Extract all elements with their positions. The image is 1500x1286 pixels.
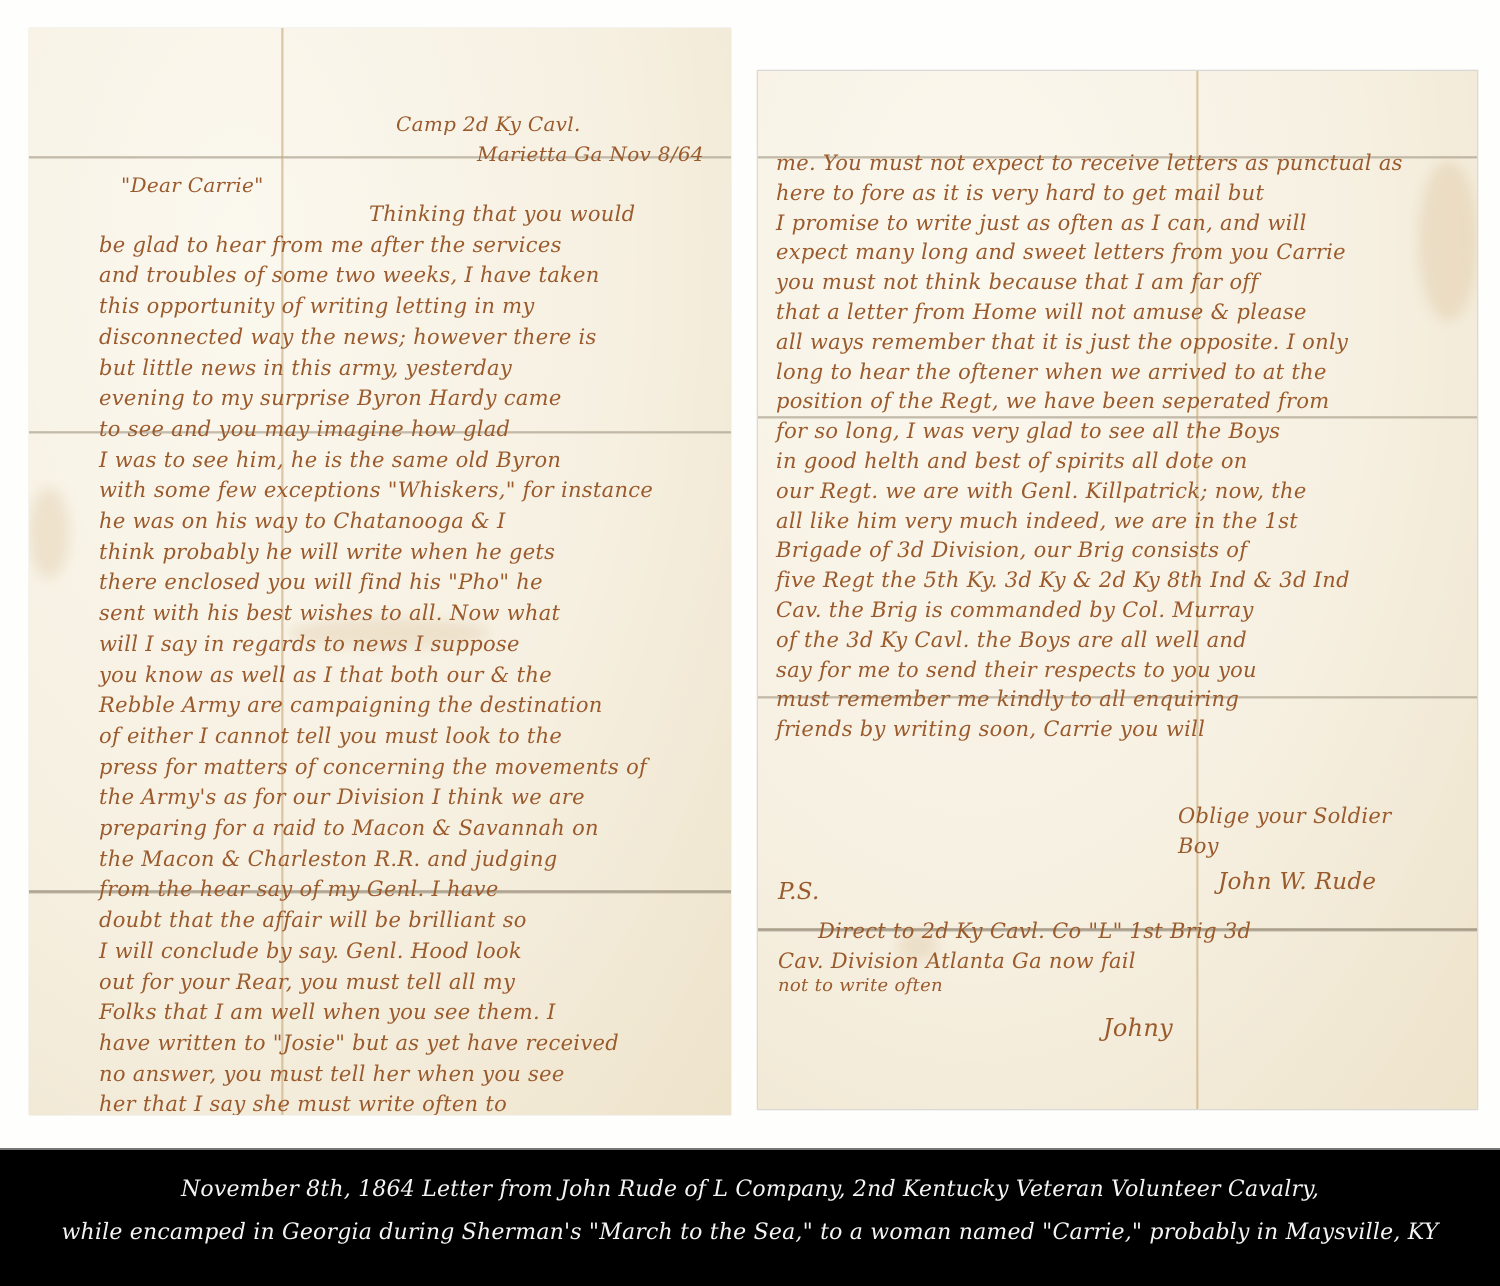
letter-line: but little news in this army, yesterday	[99, 358, 512, 379]
letter-line: the Army's as for our Division I think w…	[99, 787, 585, 808]
letter-line: I will conclude by say. Genl. Hood look	[99, 941, 522, 962]
signature: John W. Rude	[1218, 871, 1376, 894]
letter-line: I promise to write just as often as I ca…	[776, 213, 1307, 234]
postscript-label: P.S.	[778, 881, 820, 904]
letter-line: five Regt the 5th Ky. 3d Ky & 2d Ky 8th …	[776, 570, 1350, 591]
letter-line: sent with his best wishes to all. Now wh…	[99, 603, 560, 624]
letter-line: preparing for a raid to Macon & Savannah…	[99, 818, 599, 839]
letter-line: press for matters of concerning the move…	[99, 757, 647, 778]
closing-line: Oblige your Soldier	[1178, 806, 1391, 827]
postscript-line: Cav. Division Atlanta Ga now fail	[778, 951, 1136, 972]
letter-line: from the hear say of my Genl. I have	[99, 879, 499, 900]
letter-line: all like him very much indeed, we are in…	[776, 511, 1298, 532]
letter-line: in good helth and best of spirits all do…	[776, 451, 1248, 472]
caption-line-2: while encamped in Georgia during Sherman…	[0, 1220, 1500, 1245]
letter-line: that a letter from Home will not amuse &…	[776, 302, 1307, 323]
letter-line: be glad to hear from me after the servic…	[99, 235, 562, 256]
letter-page-1: Camp 2d Ky Cavl. Marietta Ga Nov 8/64 "D…	[29, 28, 731, 1115]
letter-line: and troubles of some two weeks, I have t…	[99, 265, 600, 286]
letter-line: the Macon & Charleston R.R. and judging	[99, 849, 558, 870]
letter-line: Thinking that you would	[369, 204, 635, 225]
letter-line: evening to my surprise Byron Hardy came	[99, 388, 562, 409]
letter-line: with some few exceptions "Whiskers," for…	[99, 480, 653, 501]
letter-line: Folks that I am well when you see them. …	[99, 1002, 556, 1023]
letter-line: to see and you may imagine how glad	[99, 419, 510, 440]
letter-line: no answer, you must tell her when you se…	[99, 1064, 565, 1085]
letter-line: he was on his way to Chatanooga & I	[99, 511, 506, 532]
letter-line: of either I cannot tell you must look to…	[99, 726, 562, 747]
letter-line: Brigade of 3d Division, our Brig consist…	[776, 540, 1247, 561]
letter-line: doubt that the affair will be brilliant …	[99, 910, 527, 931]
letter-line: friends by writing soon, Carrie you will	[776, 719, 1205, 740]
letter-heading-camp: Camp 2d Ky Cavl.	[396, 112, 581, 136]
closing-boy: Boy	[1178, 836, 1219, 857]
letter-line: here to fore as it is very hard to get m…	[776, 183, 1264, 204]
letter-line: our Regt. we are with Genl. Killpatrick;…	[776, 481, 1307, 502]
letter-line: disconnected way the news; however there…	[99, 327, 597, 348]
postscript-line: Direct to 2d Ky Cavl. Co "L" 1st Brig 3d	[818, 921, 1251, 942]
letter-heading-date: Marietta Ga Nov 8/64	[477, 142, 704, 166]
letter-line: will I say in regards to news I suppose	[99, 634, 520, 655]
letter-line: think probably he will write when he get…	[99, 542, 555, 563]
letter-line: this opportunity of writing letting in m…	[99, 296, 535, 317]
letter-line: me. You must not expect to receive lette…	[776, 153, 1403, 174]
postscript-line: not to write often	[778, 977, 943, 995]
letter-line: say for me to send their respects to you…	[776, 660, 1257, 681]
letter-line: you must not think because that I am far…	[776, 272, 1259, 293]
salutation: "Dear Carrie"	[121, 173, 264, 197]
letter-line: must remember me kindly to all enquiring	[776, 689, 1239, 710]
letter-line: have written to "Josie" but as yet have …	[99, 1033, 619, 1054]
letter-line: for so long, I was very glad to see all …	[776, 421, 1280, 442]
letter-line: Rebble Army are campaigning the destinat…	[99, 695, 603, 716]
letter-line: there enclosed you will find his "Pho" h…	[99, 572, 543, 593]
letter-line: you know as well as I that both our & th…	[99, 665, 552, 686]
letter-line: of the 3d Ky Cavl. the Boys are all well…	[776, 630, 1247, 651]
postscript-signature: Johny	[1103, 1016, 1173, 1040]
letter-line: her that I say she must write often to	[99, 1094, 507, 1115]
letter-line: position of the Regt, we have been seper…	[776, 391, 1329, 412]
letter-page-2: me. You must not expect to receive lette…	[757, 70, 1478, 1110]
letter-line: I was to see him, he is the same old Byr…	[99, 450, 561, 471]
letter-line: out for your Rear, you must tell all my	[99, 972, 515, 993]
letter-line: long to hear the oftener when we arrived…	[776, 362, 1327, 383]
letter-line: expect many long and sweet letters from …	[776, 242, 1346, 263]
stain	[29, 488, 69, 578]
stain	[1418, 161, 1478, 321]
caption-line-1: November 8th, 1864 Letter from John Rude…	[0, 1177, 1500, 1202]
caption-bar: November 8th, 1864 Letter from John Rude…	[0, 1148, 1500, 1286]
letter-line: all ways remember that it is just the op…	[776, 332, 1348, 353]
letter-line: Cav. the Brig is commanded by Col. Murra…	[776, 600, 1254, 621]
